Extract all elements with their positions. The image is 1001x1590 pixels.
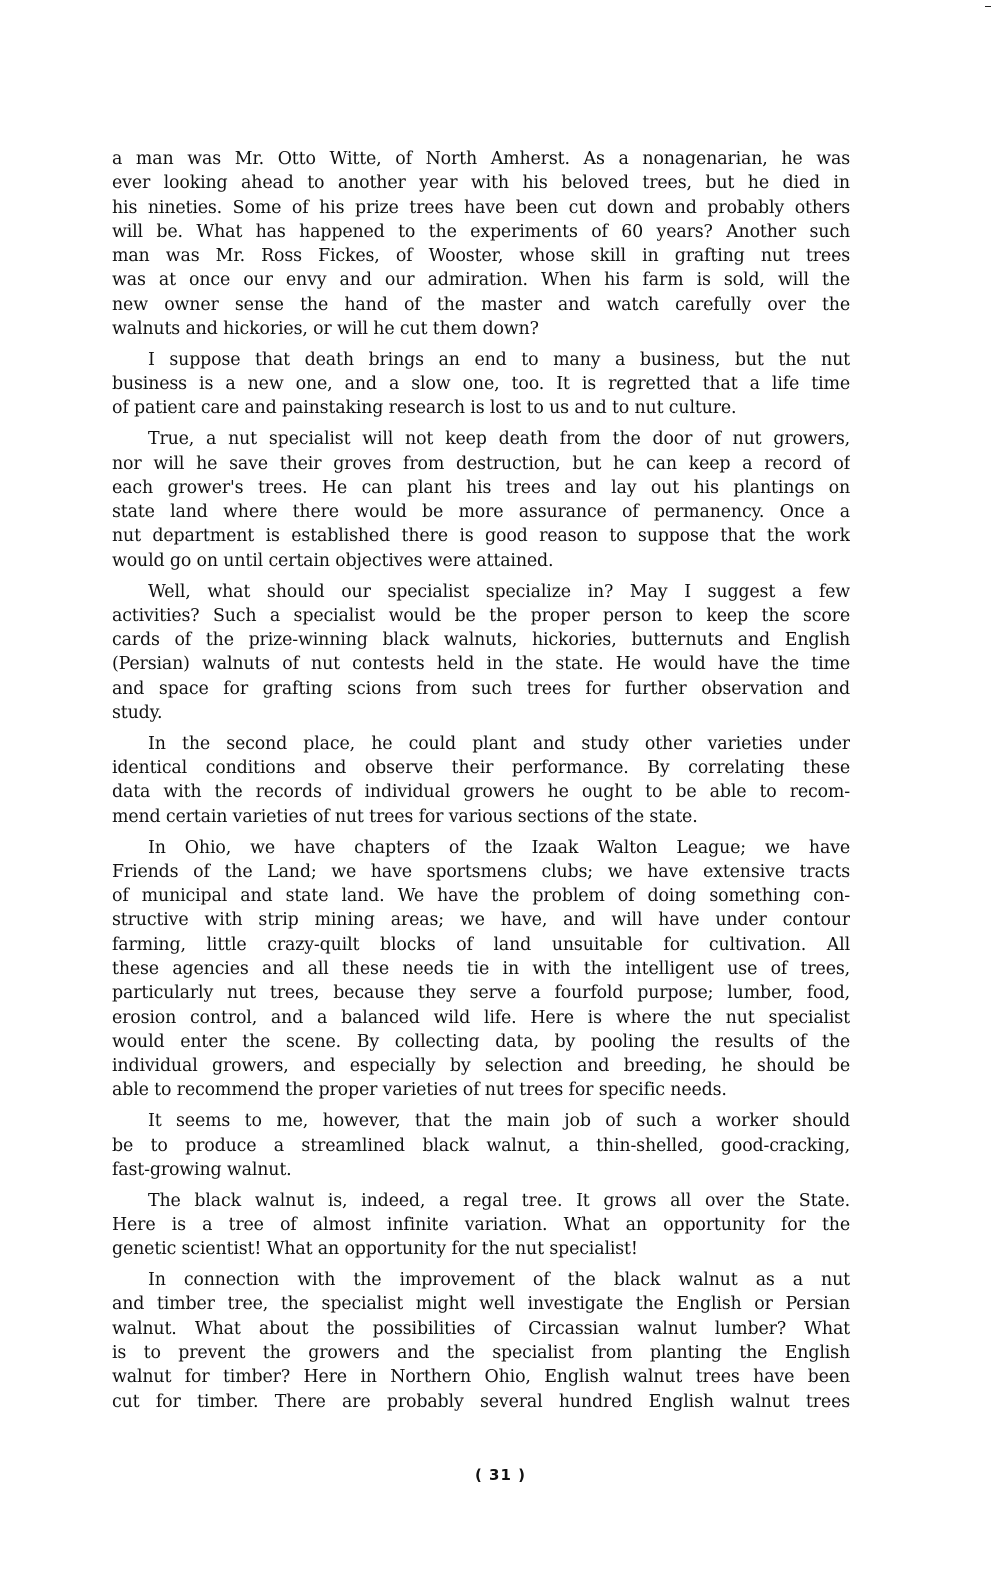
text-line: cut for timber. There are probably sever… (112, 1390, 850, 1414)
paragraph: It seems to me, however, that the main j… (112, 1109, 850, 1182)
text-line: and space for grafting scions from such … (112, 677, 850, 701)
paragraph: In connection with the improvement of th… (112, 1268, 850, 1414)
text-line: cards of the prize-winning black walnuts… (112, 628, 850, 652)
text-line: would go on until certain objectives wer… (112, 549, 850, 573)
text-line: True, a nut specialist will not keep dea… (112, 427, 850, 451)
text-line: new owner sense the hand of the master a… (112, 293, 850, 317)
paragraph: In Ohio, we have chapters of the Izaak W… (112, 836, 850, 1103)
text-line: study. (112, 701, 850, 725)
page-number: ( 31 ) (0, 1466, 1001, 1484)
text-line: farming, little crazy-quilt blocks of la… (112, 933, 850, 957)
text-line: be to produce a streamlined black walnut… (112, 1134, 850, 1158)
text-line: The black walnut is, indeed, a regal tre… (112, 1189, 850, 1213)
text-line: fast-growing walnut. (112, 1158, 850, 1182)
text-line: individual growers, and especially by se… (112, 1054, 850, 1078)
paragraph: I suppose that death brings an end to ma… (112, 348, 850, 421)
text-line: will be. What has happened to the experi… (112, 220, 850, 244)
text-line: structive with strip mining areas; we ha… (112, 908, 850, 932)
text-line: nor will he save their groves from destr… (112, 452, 850, 476)
text-line: data with the records of individual grow… (112, 780, 850, 804)
text-line: ever looking ahead to another year with … (112, 171, 850, 195)
text-line: a man was Mr. Otto Witte, of North Amher… (112, 147, 850, 171)
paragraph: Well, what should our specialist special… (112, 580, 850, 726)
body-text: a man was Mr. Otto Witte, of North Amher… (112, 147, 850, 1414)
text-line: and timber tree, the specialist might we… (112, 1292, 850, 1316)
text-line: In Ohio, we have chapters of the Izaak W… (112, 836, 850, 860)
text-line: of patient care and painstaking research… (112, 396, 850, 420)
paragraph: True, a nut specialist will not keep dea… (112, 427, 850, 573)
text-line: I suppose that death brings an end to ma… (112, 348, 850, 372)
text-line: walnuts and hickories, or will he cut th… (112, 317, 850, 341)
paragraph: In the second place, he could plant and … (112, 732, 850, 829)
text-line: Well, what should our specialist special… (112, 580, 850, 604)
text-line: Here is a tree of almost infinite variat… (112, 1213, 850, 1237)
text-line: walnut. What about the possibilities of … (112, 1317, 850, 1341)
text-line: business is a new one, and a slow one, t… (112, 372, 850, 396)
text-line: mend certain varieties of nut trees for … (112, 805, 850, 829)
text-line: nut department is established there is g… (112, 524, 850, 548)
page-edge-mark (985, 6, 991, 7)
text-line: erosion control, and a balanced wild lif… (112, 1006, 850, 1030)
text-line: would enter the scene. By collecting dat… (112, 1030, 850, 1054)
text-line: state land where there would be more ass… (112, 500, 850, 524)
text-line: (Persian) walnuts of nut contests held i… (112, 652, 850, 676)
paragraph: The black walnut is, indeed, a regal tre… (112, 1189, 850, 1262)
text-line: able to recommend the proper varieties o… (112, 1078, 850, 1102)
text-line: In the second place, he could plant and … (112, 732, 850, 756)
text-line: is to prevent the growers and the specia… (112, 1341, 850, 1365)
text-line: It seems to me, however, that the main j… (112, 1109, 850, 1133)
text-line: his nineties. Some of his prize trees ha… (112, 196, 850, 220)
text-line: man was Mr. Ross Fickes, of Wooster, who… (112, 244, 850, 268)
text-line: identical conditions and observe their p… (112, 756, 850, 780)
text-line: Friends of the Land; we have sportsmens … (112, 860, 850, 884)
text-line: particularly nut trees, because they ser… (112, 981, 850, 1005)
text-line: walnut for timber? Here in Northern Ohio… (112, 1365, 850, 1389)
text-line: activities? Such a specialist would be t… (112, 604, 850, 628)
text-line: In connection with the improvement of th… (112, 1268, 850, 1292)
text-line: was at once our envy and our admiration.… (112, 268, 850, 292)
text-line: these agencies and all these needs tie i… (112, 957, 850, 981)
text-line: genetic scientist! What an opportunity f… (112, 1237, 850, 1261)
text-line: each grower's trees. He can plant his tr… (112, 476, 850, 500)
text-line: of municipal and state land. We have the… (112, 884, 850, 908)
paragraph: a man was Mr. Otto Witte, of North Amher… (112, 147, 850, 341)
